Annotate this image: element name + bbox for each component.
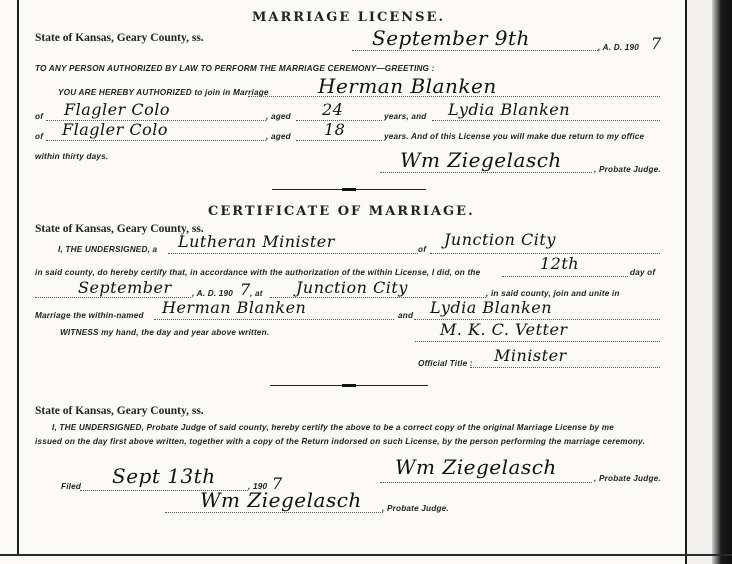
section-divider-2-mark [342,384,356,387]
years-and-label: years, and [384,112,427,121]
witness-label: WITNESS my hand, the day and year above … [60,328,269,337]
groom-aged-label: , aged [266,112,291,121]
filed-judge-title: , Probate Judge. [382,504,449,513]
groom-of-label: of [35,112,43,121]
official-title: Minister [494,346,567,365]
return-label: years. And of this License you will make… [384,132,644,141]
official-title-line [470,367,660,368]
filed-signature-line [165,512,383,513]
marriage-record-page: MARRIAGE LICENSE. State of Kansas, Geary… [0,0,732,564]
officiant-signature-line [415,341,660,342]
copy-judge-signature: Wm Ziegelasch [395,455,557,479]
officiant-signature: M. K. C. Vetter [440,320,568,339]
bride-age-line [296,140,382,141]
bride-aged-label: , aged [266,132,291,141]
ceremony-day: 12th [540,254,579,273]
filed-date: Sept 13th [112,464,216,488]
day-of-label: day of [630,268,655,277]
page-border-bottom [0,554,732,556]
license-judge-title: , Probate Judge. [594,165,661,174]
bride-name-line [432,120,660,121]
license-title: MARRIAGE LICENSE. [252,10,445,25]
officiant-role-line [168,253,418,254]
authorized-label: YOU ARE HEREBY AUTHORIZED to join in Mar… [58,88,269,97]
officiant-role: Lutheran Minister [178,232,335,251]
license-state-line: State of Kansas, Geary County, ss. [35,32,204,44]
undersigned-label: I, THE UNDERSIGNED, a [58,245,157,254]
section-divider-mark [342,188,356,191]
license-judge-signature: Wm Ziegelasch [400,148,562,172]
within-thirty-days-label: within thirty days. [35,152,108,161]
ceremony-day-line [502,276,628,277]
page-margin [687,0,712,564]
within-named-label: Marriage the within-named [35,311,144,320]
official-title-label: Official Title : [418,359,473,368]
license-groom-residence: Flagler Colo [64,100,170,119]
certificate-groom-line [154,319,394,320]
license-bride-name: Lydia Blanken [448,100,570,119]
license-groom-name: Herman Blanken [318,74,497,98]
certificate-title: CERTIFICATE OF MARRIAGE. [208,204,475,219]
certificate-bride-name: Lydia Blanken [430,298,552,317]
join-label: , in said county, join and unite in [486,289,620,298]
license-judge-signature-line [380,172,592,173]
filed-signature: Wm Ziegelasch [200,488,362,512]
ceremony-place: Junction City [296,278,408,297]
ceremony-ad-label: , A. D. 190 [192,289,233,298]
license-groom-age: 24 [322,100,343,119]
license-date: September 9th [372,26,530,50]
license-bride-residence: Flagler Colo [62,120,168,139]
copy-certify-line1: I, THE UNDERSIGNED, Probate Judge of sai… [52,423,614,432]
license-date-line [352,50,598,51]
certify-label: in said county, do hereby certify that, … [35,268,480,277]
scan-edge-shadow [712,0,732,564]
license-bride-age: 18 [324,120,345,139]
license-year-digit: 7 [651,34,662,53]
license-ad-label: , A. D. 190 [598,43,639,52]
license-greeting: TO ANY PERSON AUTHORIZED BY LAW TO PERFO… [35,64,435,73]
filed-label: Filed [61,482,81,491]
officiant-of-label: of [418,245,426,254]
bride-of-label: of [35,132,43,141]
officiant-city: Junction City [444,230,556,249]
bride-residence-line [46,140,266,141]
page-border-right [685,0,687,564]
copy-judge-signature-line [380,482,592,483]
certificate-groom-name: Herman Blanken [162,298,306,317]
copy-judge-title: , Probate Judge. [594,474,661,483]
copy-certify-line2: issued on the day first above written, t… [35,437,645,446]
page-border-left [17,0,19,555]
ceremony-at-label: , at [250,289,263,298]
certificate-and-label: and [398,311,413,320]
ceremony-month: September [78,278,172,297]
copy-state-line: State of Kansas, Geary County, ss. [35,405,204,417]
